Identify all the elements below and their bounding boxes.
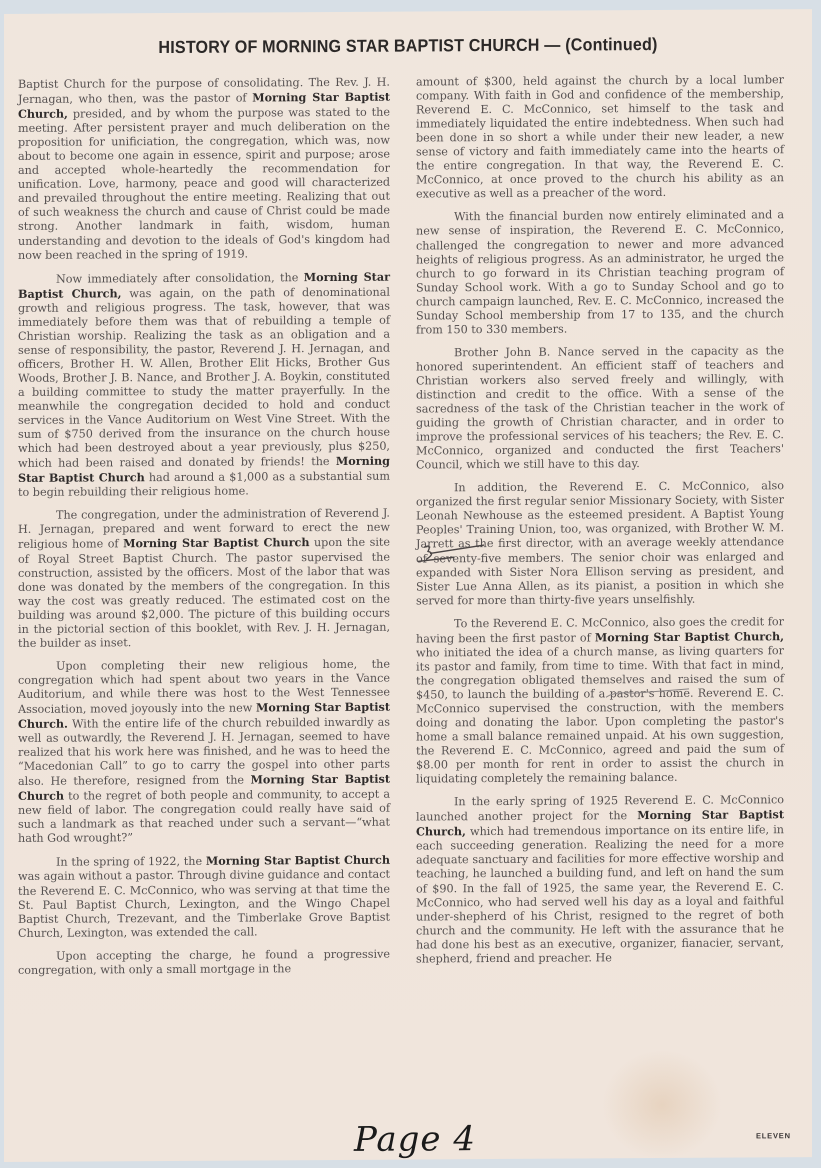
text-run: was again, on the path of denominational… xyxy=(18,285,390,470)
text-run: to the regret of both people and communi… xyxy=(18,788,390,845)
left-column: Baptist Church for the purpose of consol… xyxy=(18,76,390,987)
text-run: who initiated the idea of a church manse… xyxy=(416,644,784,786)
text-run: Upon accepting the charge, he found a pr… xyxy=(18,947,390,976)
text-run: Now immediately after consolidation, the xyxy=(56,271,304,286)
text-run: upon the site of Royal Street Baptist Ch… xyxy=(18,536,390,650)
text-run: With the financial burden now entirely e… xyxy=(416,209,784,337)
paragraph: Brother John B. Nance served in the capa… xyxy=(416,344,784,473)
text-run: In the spring of 1922, the xyxy=(56,855,206,869)
text-run: which had tremendous importance on its e… xyxy=(416,824,784,966)
church-name-bold: Morning Star Baptist Church, xyxy=(595,629,784,644)
church-name-bold: Morning Star Baptist Church xyxy=(206,853,390,868)
paragraph: Upon accepting the charge, he found a pr… xyxy=(18,947,390,977)
page-title: HISTORY OF MORNING STAR BAPTIST CHURCH —… xyxy=(36,33,779,59)
paragraph: The congregation, under the administrati… xyxy=(18,507,390,651)
paragraph: To the Reverend E. C. McConnico, also go… xyxy=(416,615,784,787)
text-run: In addition, the Reverend E. C. McConnic… xyxy=(416,480,784,608)
document-page: HISTORY OF MORNING STAR BAPTIST CHURCH —… xyxy=(4,9,812,1162)
paragraph: With the financial burden now entirely e… xyxy=(416,209,784,338)
text-run: was again without a pastor. Through divi… xyxy=(18,868,390,939)
paragraph: In addition, the Reverend E. C. McConnic… xyxy=(416,480,784,609)
water-stain xyxy=(602,1050,722,1161)
text-run: presided, and by whom the purpose was st… xyxy=(18,106,390,262)
paragraph: In the early spring of 1925 Reverend E. … xyxy=(416,793,784,966)
paragraph: Upon completing their new religious home… xyxy=(18,657,390,846)
paragraph: amount of $300, held against the church … xyxy=(416,73,784,202)
church-name-bold: Morning Star Baptist Church xyxy=(123,536,309,551)
paragraph: Now immediately after consolidation, the… xyxy=(18,269,390,500)
paragraph: Baptist Church for the purpose of consol… xyxy=(18,76,390,263)
page-number: ELEVEN xyxy=(756,1131,791,1140)
paragraph: In the spring of 1922, the Morning Star … xyxy=(18,853,390,941)
text-run: Brother John B. Nance served in the capa… xyxy=(416,344,784,472)
script-page-label: Page 4 xyxy=(354,1119,476,1160)
right-column: amount of $300, held against the church … xyxy=(416,73,784,975)
text-run: amount of $300, held against the church … xyxy=(416,73,784,201)
